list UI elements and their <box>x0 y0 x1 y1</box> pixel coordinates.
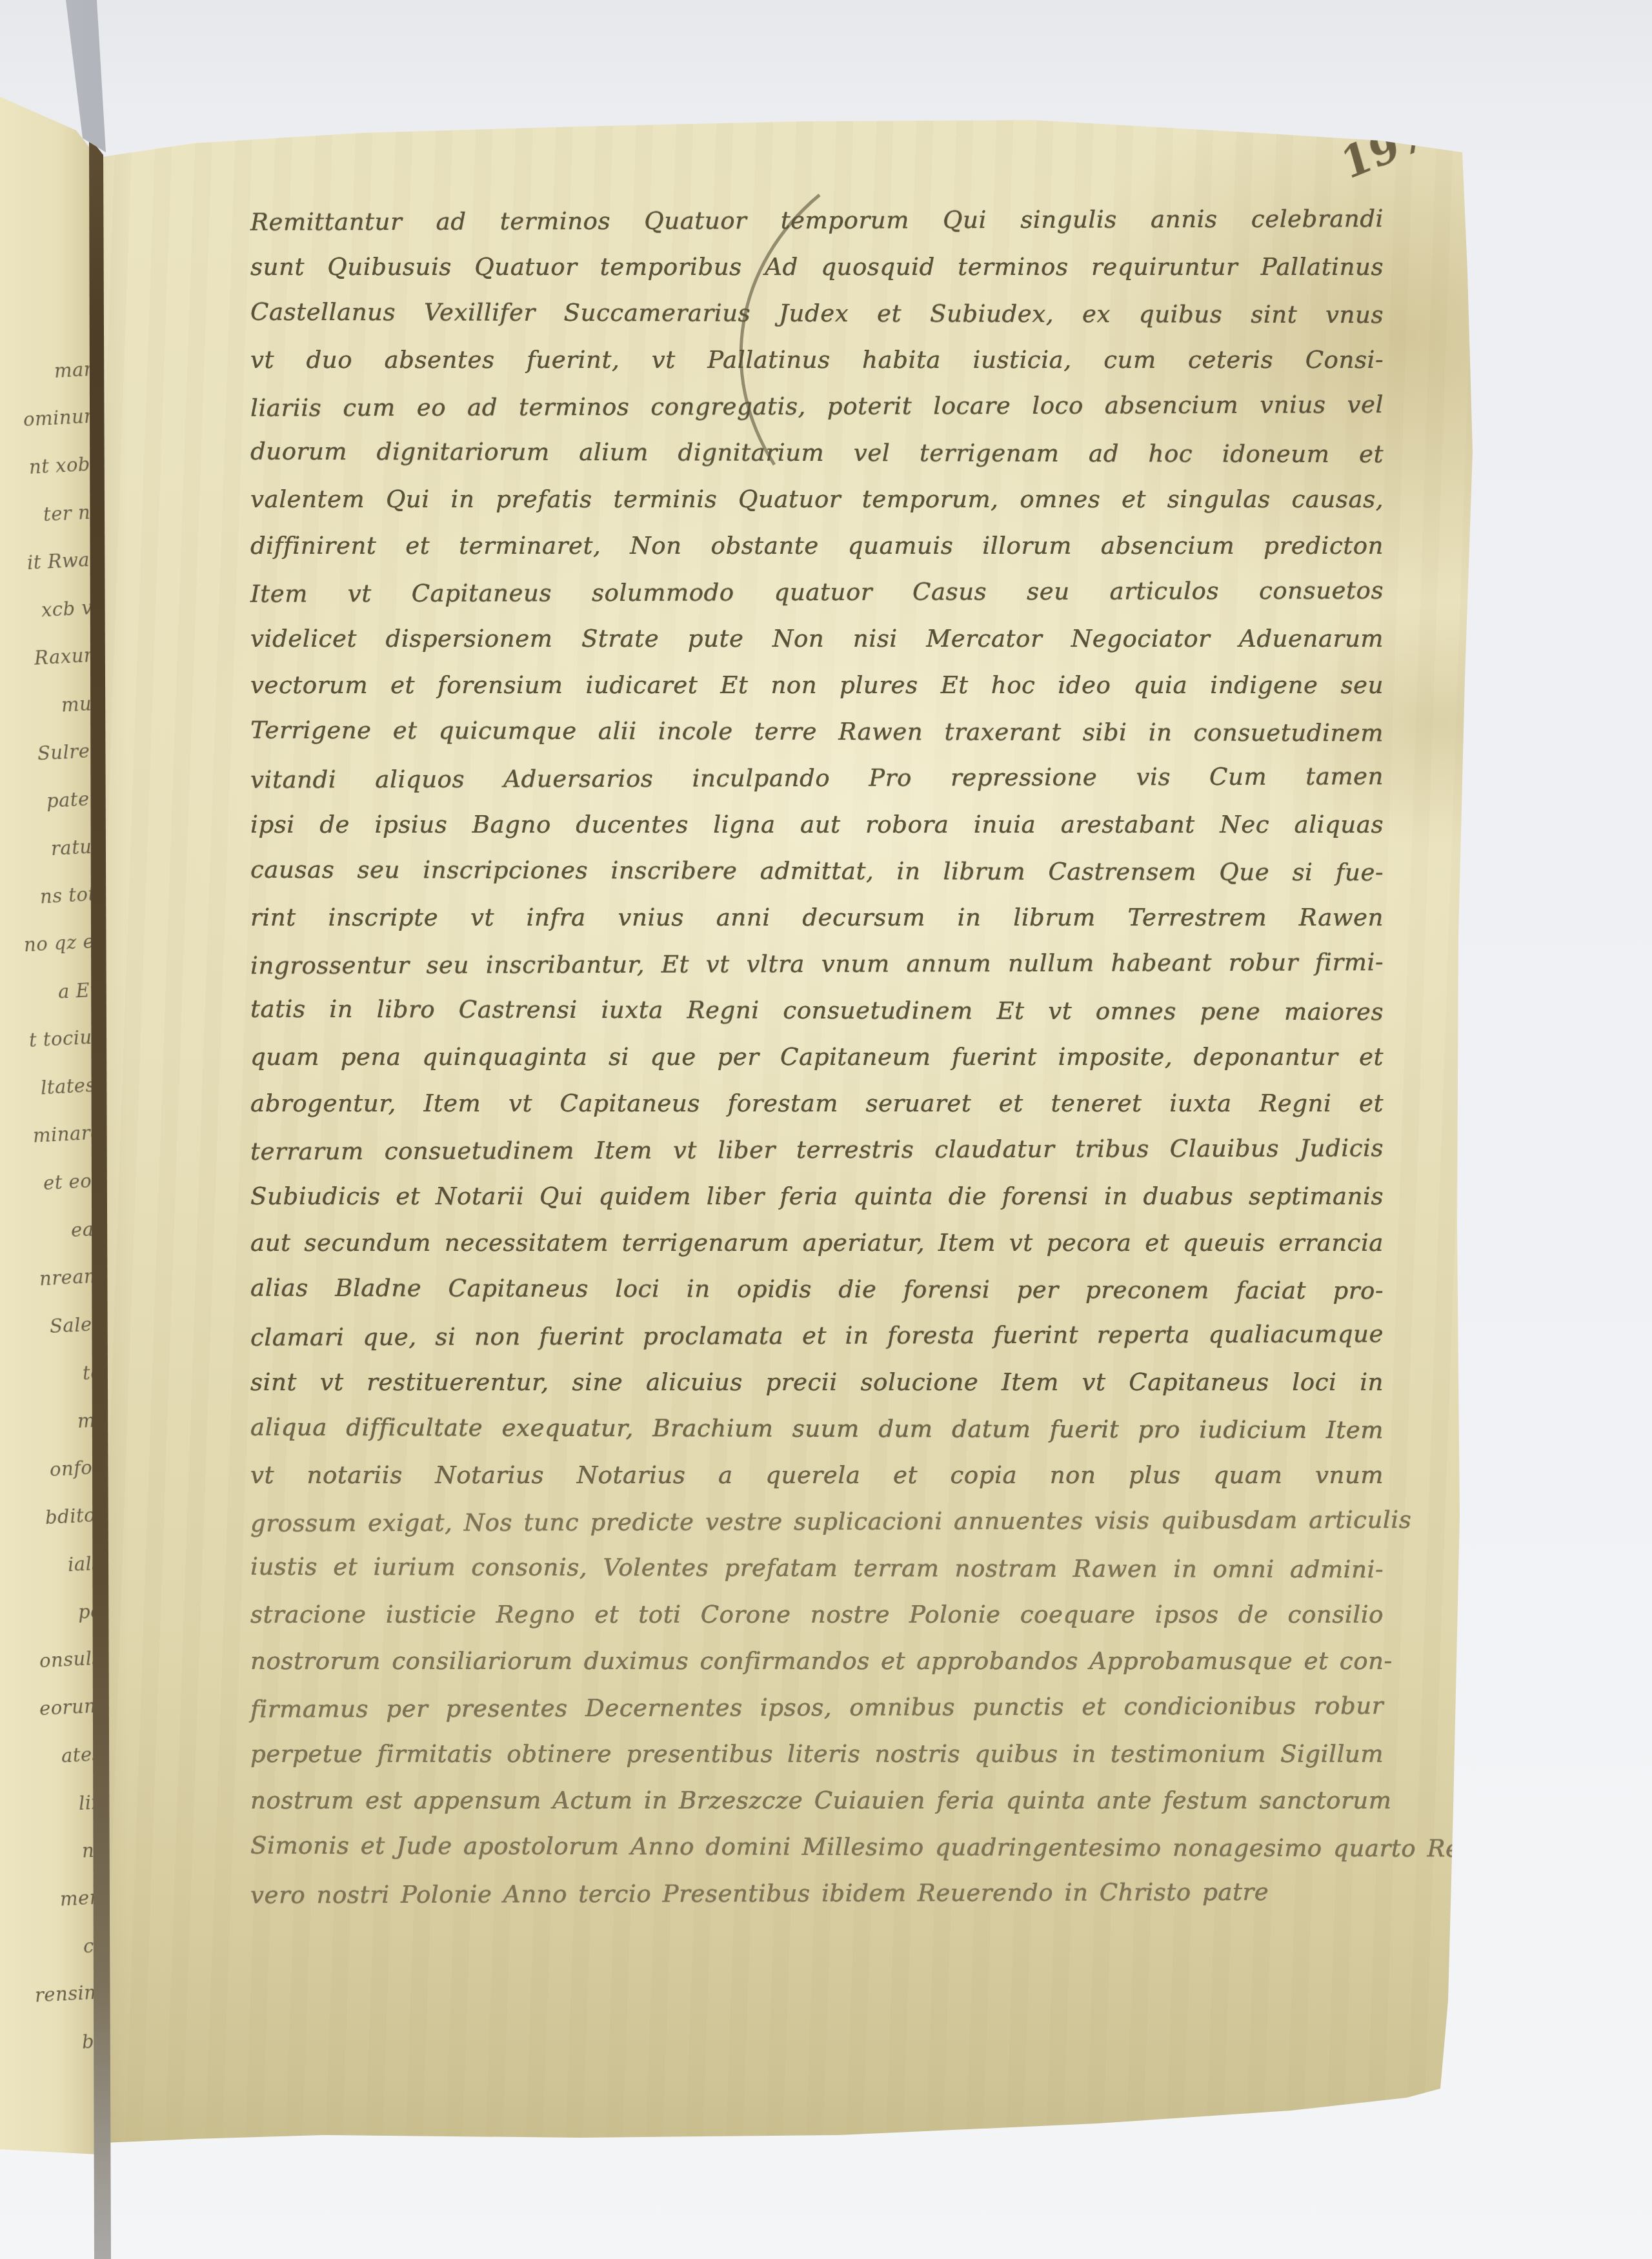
manuscript-line: quam pena quinquaginta si que per Capita… <box>250 1034 1384 1080</box>
manuscript-line: alias Bladne Capitaneus loci in opidis d… <box>250 1265 1384 1315</box>
manuscript-line: iustis et iurium consonis, Volentes pref… <box>250 1544 1384 1594</box>
manuscript-line: grossum exigat, Nos tunc predicte vestre… <box>250 1497 1384 1547</box>
manuscript-line: vero nostri Polonie Anno tercio Presenti… <box>250 1869 1384 1919</box>
manuscript-line: ingrossentur seu inscribantur, Et vt vlt… <box>250 939 1384 989</box>
manuscript-line: sint vt restituerentur, sine alicuius pr… <box>250 1359 1384 1406</box>
manuscript-line: ipsi de ipsius Bagno ducentes ligna aut … <box>250 802 1384 848</box>
manuscript-line: Castellanus Vexillifer Succamerarius Jud… <box>250 289 1384 339</box>
manuscript-line: duorum dignitariorum alium dignitarium v… <box>250 429 1384 478</box>
manuscript-line: causas seu inscripciones inscribere admi… <box>250 847 1384 897</box>
manuscript-line: Subiudicis et Notarii Qui quidem liber f… <box>250 1173 1384 1220</box>
margin-fragment: rensim <box>34 1981 103 2006</box>
manuscript-line: vt notariis Notarius Notarius a querela … <box>250 1452 1384 1499</box>
manuscript-line: abrogentur, Item vt Capitaneus forestam … <box>250 1080 1384 1127</box>
manuscript-line: vectorum et forensium iudicaret Et non p… <box>250 662 1384 709</box>
manuscript-line: Simonis et Jude apostolorum Anno domini … <box>250 1823 1384 1872</box>
manuscript-line: vitandi aliquos Aduersarios inculpando P… <box>250 753 1384 804</box>
page-number-corner: 197 <box>1336 108 1432 190</box>
manuscript-line: diffinirent et terminaret, Non obstante … <box>250 523 1384 569</box>
manuscript-line: liariis cum eo ad terminos congregatis, … <box>250 381 1384 432</box>
manuscript-line: tatis in libro Castrensi iuxta Regni con… <box>250 986 1384 1036</box>
manuscript-line: Terrigene et quicumque alii incole terre… <box>250 707 1384 757</box>
manuscript-line: stracione iusticie Regno et toti Corone … <box>250 1592 1384 1638</box>
manuscript-line: perpetue firmitatis obtinere presentibus… <box>250 1731 1384 1778</box>
manuscript-photo: mamominumnt xoboter noit Rwanxcb vrRaxum… <box>0 0 1652 2259</box>
manuscript-line: vt duo absentes fuerint, vt Pallatinus h… <box>250 337 1384 383</box>
manuscript-line: Item vt Capitaneus solummodo quatuor Cas… <box>250 567 1384 618</box>
manuscript-line: aut secundum necessitatem terrigenarum a… <box>250 1220 1384 1266</box>
manuscript-line: rint inscripte vt infra vnius anni decur… <box>250 895 1384 941</box>
manuscript-line: clamari que, si non fuerint proclamata e… <box>250 1311 1384 1361</box>
manuscript-line: Remittantur ad terminos Quatuor temporum… <box>250 196 1384 246</box>
manuscript-line: sunt Quibusuis Quatuor temporibus Ad quo… <box>250 244 1384 290</box>
manuscript-line: aliqua difficultate exequatur, Brachium … <box>250 1404 1384 1454</box>
manuscript-line: nostrorum consiliariorum duximus confirm… <box>250 1638 1384 1685</box>
manuscript-line: nostrum est appensum Actum in Brzeszcze … <box>250 1778 1384 1824</box>
manuscript-line: firmamus per presentes Decernentes ipsos… <box>250 1683 1384 1733</box>
manuscript-line: terrarum consuetudinem Item vt liber ter… <box>250 1125 1384 1175</box>
page-number-center: 197. <box>414 59 550 141</box>
manuscript-line: videlicet dispersionem Strate pute Non n… <box>250 616 1384 662</box>
manuscript-page: 197. 197 Remittantur ad terminos Quatuor… <box>0 0 1652 2259</box>
text-block: Remittantur ad terminos Quatuor temporum… <box>250 198 1384 1917</box>
margin-fragment: no qz et <box>23 930 103 956</box>
manuscript-line: valentem Qui in prefatis terminis Quatuo… <box>250 476 1384 523</box>
